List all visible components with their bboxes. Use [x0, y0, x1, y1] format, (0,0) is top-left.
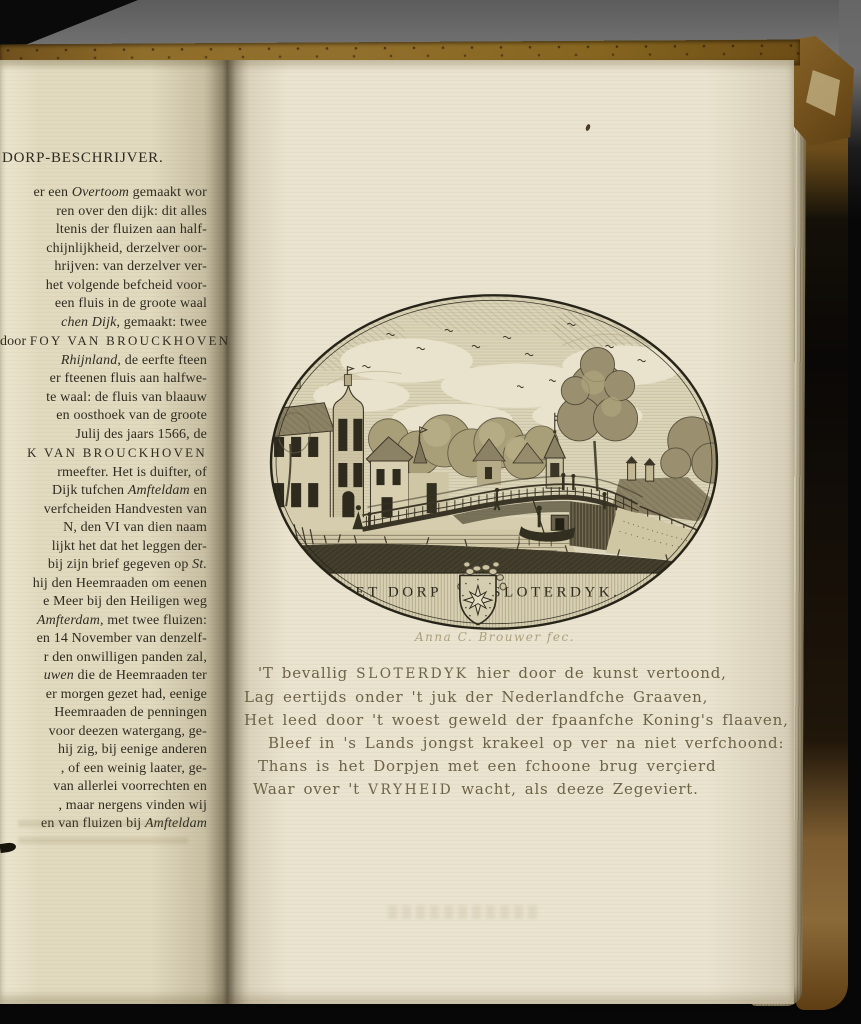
- left-page-text-line: chen Dijk, gemaakt: twee: [0, 314, 207, 333]
- verse-line: Waar over 't VRYHEID wacht, als deeze Ze…: [244, 778, 784, 802]
- leather-tear-patch: [806, 70, 840, 116]
- ink-blot: [0, 842, 17, 853]
- left-page-text-line: e Meer bij den Heiligen weg: [0, 593, 207, 612]
- faint-showthrough: [388, 905, 538, 919]
- left-page-text-line: Julij des jaars 1566, de: [0, 426, 207, 445]
- left-page-text-line: hij den Heemraaden om eenen: [0, 575, 207, 594]
- left-page-text-line: ren over den dijk: dit alles: [0, 203, 207, 222]
- left-page-text-line: en oosthoek van de groote: [0, 407, 207, 426]
- verse-line: Thans is het Dorpjen met een fchoone bru…: [244, 755, 784, 778]
- left-page-text-line: verfcheiden Handvesten van: [0, 501, 207, 520]
- left-page-text-line: Heemraaden de penningen: [0, 704, 207, 723]
- left-page-text-line: hrijven: van derzelver ver-: [0, 258, 207, 277]
- left-page-text-line: er fteenen fluis aan halfwe-: [0, 370, 207, 389]
- left-page-text-line: en 14 November van denzelf-: [0, 630, 207, 649]
- photographed-open-book: DORP-BESCHRIJVER. er een Overtoom gemaak…: [0, 0, 861, 1024]
- engraver-signature: Anna C. Brouwer fec.: [268, 630, 722, 644]
- caption-sloterdyk: SLOTERDYK.: [492, 585, 620, 601]
- left-page-text-line: , maar nergens vinden wij: [0, 797, 207, 816]
- left-page-text-line: er morgen gezet had, eenige: [0, 686, 207, 705]
- left-page-text-line: er een Overtoom gemaakt wor: [0, 184, 207, 203]
- left-page-text-line: voor deezen watergang, ge-: [0, 723, 207, 742]
- left-page-text-line: Rhijnland, de eerfte fteen: [0, 352, 207, 371]
- left-page-text-line: ltenis der fluizen aan half-: [0, 221, 207, 240]
- engraving-sloterdyk: HET DORP SLOTERDYK.: [266, 290, 722, 634]
- left-page-text-line: Dijk tufchen Amfteldam en: [0, 482, 207, 501]
- paper-speck: [585, 124, 591, 132]
- left-page-text-line: bij zijn brief gegeven op St.: [0, 556, 207, 575]
- left-page: DORP-BESCHRIJVER. er een Overtoom gemaak…: [0, 60, 228, 1004]
- left-page-text-line: een fluis in de groote waal: [0, 295, 207, 314]
- left-page-text-line: van allerlei voorrechten en: [0, 778, 207, 797]
- verse-line: Bleef in 's Lands jongst krakeel op ver …: [244, 732, 784, 755]
- left-page-text-line: , of een weinig laater, ge-: [0, 760, 207, 779]
- engraving-oval-view: HET DORP SLOTERDYK.: [266, 290, 722, 634]
- left-page-text-line: hij zig, bij eenige anderen: [0, 741, 207, 760]
- left-page-text-line: het volgende befcheid voor-: [0, 277, 207, 296]
- running-header: DORP-BESCHRIJVER.: [2, 150, 164, 167]
- boatman-head: [537, 506, 542, 511]
- left-page-text-line: Amfterdam, met twee fluizen:: [0, 612, 207, 631]
- text-showthrough: [18, 820, 188, 846]
- left-page-text-line: K VAN BROUCKHOVEN: [0, 444, 207, 464]
- right-page: HET DORP SLOTERDYK.: [228, 60, 794, 1004]
- left-page-text-line: r den onwilligen panden zal,: [0, 649, 207, 668]
- left-page-text-line: N, den VI van dien naam: [0, 519, 207, 538]
- left-page-text-line: uwen die de Heemraaden ter: [0, 667, 207, 686]
- left-page-text-line: door FOY VAN BROUCKHOVEN: [0, 332, 207, 352]
- left-page-text-line: rmeefter. Het is duifter, of: [0, 464, 207, 483]
- left-page-text-line: te waal: de fluis van blaauw: [0, 389, 207, 408]
- verse-block: 'T bevallig SLOTERDYK hier door de kunst…: [244, 662, 784, 802]
- verse-line: Het leed door 't woest geweld der fpaanf…: [244, 709, 784, 732]
- left-page-text-line: chijnlijkheid, derzelver oor-: [0, 240, 207, 259]
- verse-line: Lag eertijds onder 't juk der Nederlandf…: [244, 686, 784, 709]
- left-page-text-line: lijkt het dat het leggen der-: [0, 538, 207, 557]
- left-page-text-column: er een Overtoom gemaakt worren over den …: [0, 184, 207, 834]
- verse-line: 'T bevallig SLOTERDYK hier door de kunst…: [244, 662, 784, 686]
